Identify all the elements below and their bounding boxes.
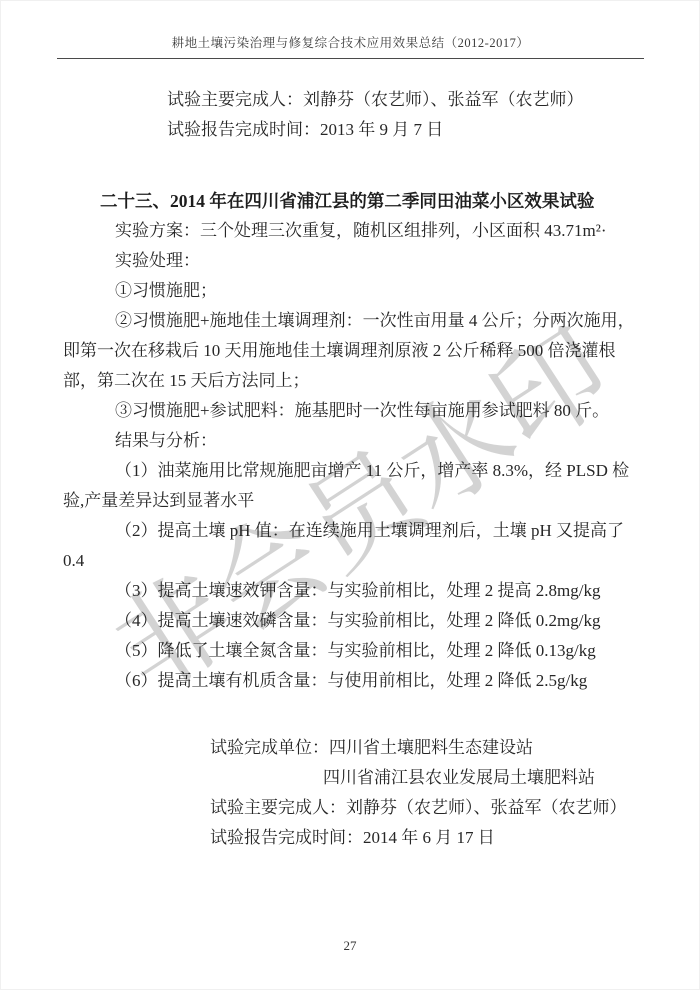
paragraph-line: （6）提高土壤有机质含量：与使用前相比，处理 2 降低 2.5g/kg [63, 666, 645, 696]
closing-unit-line: 试验完成单位：四川省土壤肥料生态建设站 [63, 733, 645, 763]
paragraph-line: （3）提高土壤速效钾含量：与实验前相比，处理 2 提高 2.8mg/kg [63, 576, 645, 606]
page-number: 27 [0, 938, 700, 954]
paragraph-line: 即第一次在移栽后 10 天用施地佳土壤调理剂原液 2 公斤稀释 500 倍浇灌根 [63, 336, 645, 366]
prev-section-report-date-line: 试验报告完成时间：2013 年 9 月 7 日 [63, 115, 645, 145]
section-heading: 二十三、2014 年在四川省浦江县的第二季同田油菜小区效果试验 [63, 186, 645, 216]
paragraph-line: （4）提高土壤速效磷含量：与实验前相比，处理 2 降低 0.2mg/kg [63, 606, 645, 636]
paragraph-line: ③习惯施肥+参试肥料：施基肥时一次性每亩施用参试肥料 80 斤。 [63, 396, 645, 426]
closing-unit-line-2: 四川省浦江县农业发展局土壤肥料站 [63, 763, 645, 793]
paragraph-line: 结果与分析： [63, 426, 645, 456]
prev-section-completers-line: 试验主要完成人：刘静芬（农艺师）、张益军（农艺师） [63, 85, 645, 115]
paragraph-line: 实验处理： [63, 246, 645, 276]
closing-completers-line: 试验主要完成人：刘静芬（农艺师）、张益军（农艺师） [63, 793, 645, 823]
document-page: 非会员水印 耕地土壤污染治理与修复综合技术应用效果总结（2012-2017） 试… [0, 0, 700, 990]
paragraph-line: 实验方案：三个处理三次重复，随机区组排列，小区面积 43.71m²· [63, 216, 645, 246]
closing-block: 试验完成单位：四川省土壤肥料生态建设站 四川省浦江县农业发展局土壤肥料站 试验主… [63, 733, 645, 853]
paragraph-line: 验,产量差异达到显著水平 [63, 486, 645, 516]
page-header: 耕地土壤污染治理与修复综合技术应用效果总结（2012-2017） [57, 33, 644, 59]
paragraph-line: （5）降低了土壤全氮含量：与实验前相比，处理 2 降低 0.13g/kg [63, 636, 645, 666]
document-body: 试验主要完成人：刘静芬（农艺师）、张益军（农艺师） 试验报告完成时间：2013 … [63, 85, 645, 853]
paragraph-line: 部，第二次在 15 天后方法同上； [63, 366, 645, 396]
page-header-title: 耕地土壤污染治理与修复综合技术应用效果总结（2012-2017） [172, 36, 530, 50]
paragraph-line: ①习惯施肥； [63, 276, 645, 306]
paragraph-line: ②习惯施肥+施地佳土壤调理剂：一次性亩用量 4 公斤；分两次施用， [63, 306, 645, 336]
closing-report-date-line: 试验报告完成时间：2014 年 6 月 17 日 [63, 823, 645, 853]
paragraph-line: （1）油菜施用比常规施肥亩增产 11 公斤，增产率 8.3%，经 PLSD 检 [63, 456, 645, 486]
paragraph-line: （2）提高土壤 pH 值：在连续施用土壤调理剂后，土壤 pH 又提高了 0.4 [63, 516, 645, 576]
